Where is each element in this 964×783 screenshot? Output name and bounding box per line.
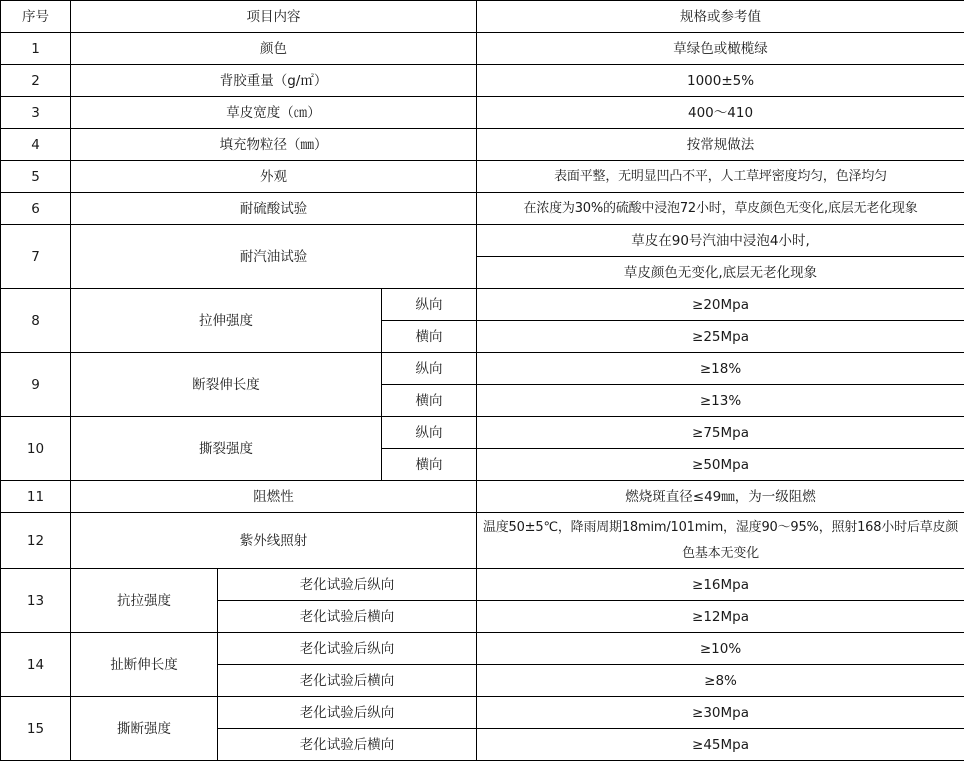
table-row: 2 背胶重量（g/㎡） 1000±5% — [1, 65, 964, 97]
row-value: 温度50±5℃，降雨周期18mim/101mim，湿度90～95%，照射168小… — [477, 513, 964, 569]
row-item: 外观 — [71, 161, 477, 193]
row-item: 耐汽油试验 — [71, 225, 477, 289]
table-row: 14 扯断伸长度 老化试验后纵向 ≥10% — [1, 633, 964, 665]
row-no: 2 — [1, 65, 71, 97]
row-item: 拉伸强度 — [71, 289, 382, 353]
row-item: 填充物粒径（㎜） — [71, 129, 477, 161]
row-value: ≥13% — [477, 385, 964, 417]
row-value: 表面平整，无明显凹凸不平，人工草坪密度均匀，色泽均匀 — [477, 161, 964, 193]
row-direction: 纵向 — [382, 353, 477, 385]
row-direction: 横向 — [382, 449, 477, 481]
row-value: 燃烧斑直径≤49㎜，为一级阻燃 — [477, 481, 964, 513]
row-item: 撕裂强度 — [71, 417, 382, 481]
row-value-line1: 草皮在90号汽油中浸泡4小时, — [477, 225, 964, 257]
table-row: 12 紫外线照射 温度50±5℃，降雨周期18mim/101mim，湿度90～9… — [1, 513, 964, 569]
row-value: 在浓度为30%的硫酸中浸泡72小时，草皮颜色无变化,底层无老化现象 — [477, 193, 964, 225]
row-value: ≥75Mpa — [477, 417, 964, 449]
table-row: 4 填充物粒径（㎜） 按常规做法 — [1, 129, 964, 161]
header-spec: 规格或参考值 — [477, 1, 964, 33]
row-no: 4 — [1, 129, 71, 161]
table-row: 15 撕断强度 老化试验后纵向 ≥30Mpa — [1, 697, 964, 729]
row-value: ≥10% — [477, 633, 964, 665]
row-no: 1 — [1, 33, 71, 65]
table-row: 13 抗拉强度 老化试验后纵向 ≥16Mpa — [1, 569, 964, 601]
row-value-line2: 草皮颜色无变化,底层无老化现象 — [477, 257, 964, 289]
table-row: 7 耐汽油试验 草皮在90号汽油中浸泡4小时, — [1, 225, 964, 257]
row-no: 10 — [1, 417, 71, 481]
row-item: 撕断强度 — [71, 697, 218, 761]
row-item: 背胶重量（g/㎡） — [71, 65, 477, 97]
row-value: ≥25Mpa — [477, 321, 964, 353]
row-value: ≥16Mpa — [477, 569, 964, 601]
row-value: ≥45Mpa — [477, 729, 964, 761]
row-direction: 老化试验后横向 — [218, 665, 477, 697]
header-item: 项目内容 — [71, 1, 477, 33]
row-value: 按常规做法 — [477, 129, 964, 161]
row-value: ≥8% — [477, 665, 964, 697]
row-direction: 横向 — [382, 321, 477, 353]
row-direction: 老化试验后横向 — [218, 729, 477, 761]
row-item: 紫外线照射 — [71, 513, 477, 569]
spec-table: 序号 项目内容 规格或参考值 1 颜色 草绿色或橄榄绿 2 背胶重量（g/㎡） … — [0, 0, 964, 761]
row-no: 15 — [1, 697, 71, 761]
table-row: 5 外观 表面平整，无明显凹凸不平，人工草坪密度均匀，色泽均匀 — [1, 161, 964, 193]
row-item: 草皮宽度（㎝） — [71, 97, 477, 129]
table-row: 3 草皮宽度（㎝） 400～410 — [1, 97, 964, 129]
row-no: 3 — [1, 97, 71, 129]
row-direction: 老化试验后横向 — [218, 601, 477, 633]
row-direction: 纵向 — [382, 289, 477, 321]
row-item: 阻燃性 — [71, 481, 477, 513]
row-direction: 老化试验后纵向 — [218, 633, 477, 665]
row-no: 5 — [1, 161, 71, 193]
row-direction: 纵向 — [382, 417, 477, 449]
row-value: 草绿色或橄榄绿 — [477, 33, 964, 65]
table-row: 8 拉伸强度 纵向 ≥20Mpa — [1, 289, 964, 321]
row-item: 断裂伸长度 — [71, 353, 382, 417]
row-item: 颜色 — [71, 33, 477, 65]
row-item: 扯断伸长度 — [71, 633, 218, 697]
row-value: ≥18% — [477, 353, 964, 385]
row-item: 耐硫酸试验 — [71, 193, 477, 225]
row-value: ≥20Mpa — [477, 289, 964, 321]
table-row: 11 阻燃性 燃烧斑直径≤49㎜，为一级阻燃 — [1, 481, 964, 513]
row-no: 13 — [1, 569, 71, 633]
table-row: 6 耐硫酸试验 在浓度为30%的硫酸中浸泡72小时，草皮颜色无变化,底层无老化现… — [1, 193, 964, 225]
row-direction: 老化试验后纵向 — [218, 569, 477, 601]
row-value: ≥12Mpa — [477, 601, 964, 633]
row-direction: 横向 — [382, 385, 477, 417]
row-no: 9 — [1, 353, 71, 417]
row-value: ≥50Mpa — [477, 449, 964, 481]
table-row: 1 颜色 草绿色或橄榄绿 — [1, 33, 964, 65]
row-no: 14 — [1, 633, 71, 697]
row-direction: 老化试验后纵向 — [218, 697, 477, 729]
row-item: 抗拉强度 — [71, 569, 218, 633]
row-value: ≥30Mpa — [477, 697, 964, 729]
row-no: 8 — [1, 289, 71, 353]
header-row: 序号 项目内容 规格或参考值 — [1, 1, 964, 33]
row-no: 12 — [1, 513, 71, 569]
row-value: 1000±5% — [477, 65, 964, 97]
row-no: 11 — [1, 481, 71, 513]
row-value: 400～410 — [477, 97, 964, 129]
table-row: 10 撕裂强度 纵向 ≥75Mpa — [1, 417, 964, 449]
row-no: 6 — [1, 193, 71, 225]
table-row: 9 断裂伸长度 纵向 ≥18% — [1, 353, 964, 385]
row-no: 7 — [1, 225, 71, 289]
header-seq: 序号 — [1, 1, 71, 33]
